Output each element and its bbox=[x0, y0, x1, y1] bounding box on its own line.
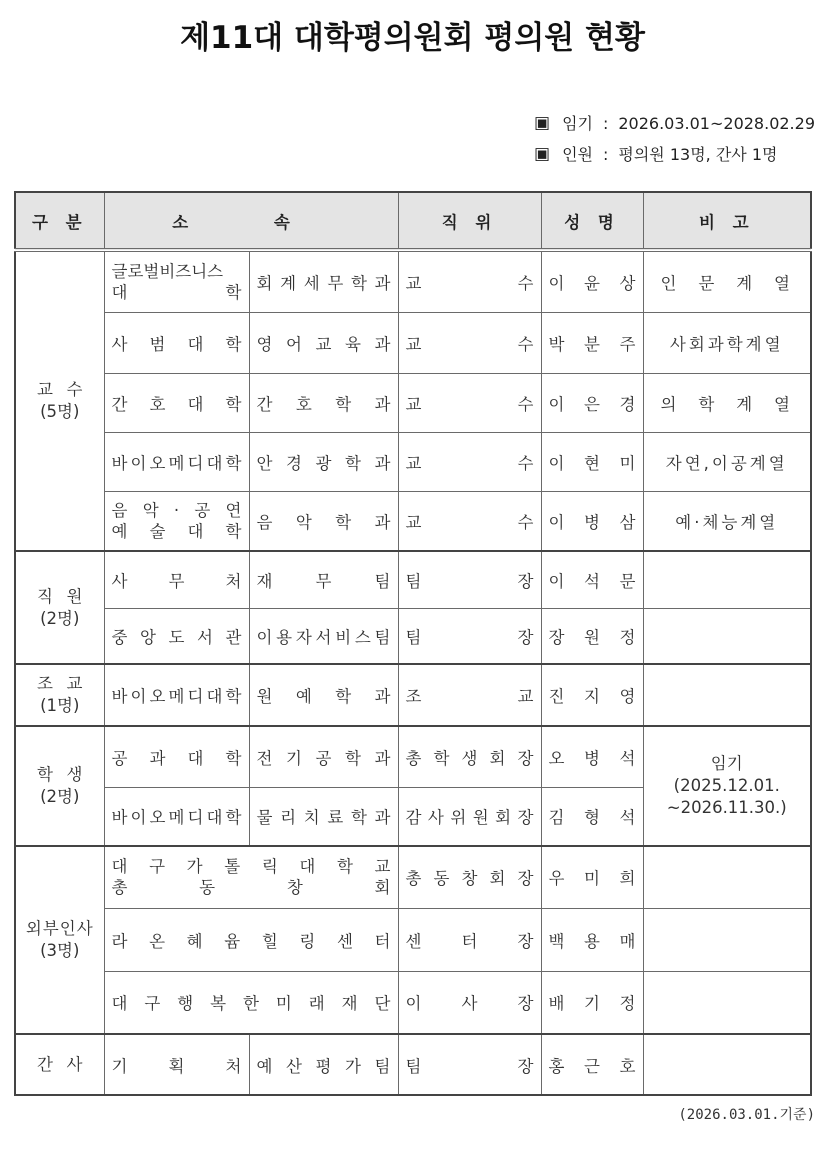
category-cell: 외부인사(3명) bbox=[15, 846, 104, 1034]
category-count: (3명) bbox=[23, 940, 97, 962]
college-line2: 예술대학 bbox=[112, 521, 242, 542]
member-name: 홍근호 bbox=[549, 1053, 636, 1077]
college-name: 사범대학 bbox=[112, 331, 242, 355]
meta-info: ▣ 임기 : 2026.03.01~2028.02.29 ▣ 인원 : 평의원 … bbox=[534, 108, 815, 170]
position-title: 교수 bbox=[406, 270, 534, 294]
position-cell: 교수 bbox=[398, 491, 541, 551]
square-bullet-icon: ▣ bbox=[534, 108, 550, 139]
college-name: 바이오메디대학 bbox=[112, 683, 242, 707]
college-line1: 글로벌비즈니스 bbox=[112, 261, 242, 282]
meta-term: ▣ 임기 : 2026.03.01~2028.02.29 bbox=[534, 108, 815, 139]
name-cell: 장원정 bbox=[541, 608, 643, 664]
college-name: 간호대학 bbox=[112, 391, 242, 415]
category-cell: 조교(1명) bbox=[15, 664, 104, 726]
position-title: 조교 bbox=[406, 683, 534, 707]
department-name: 간호학과 bbox=[257, 391, 391, 415]
department-name: 회계세무학과 bbox=[257, 270, 391, 294]
organization-cell: 라온혜윰힐링센터 bbox=[104, 908, 398, 971]
meta-term-label: 임기 bbox=[562, 108, 593, 139]
college-line2: 대학 bbox=[112, 282, 242, 303]
meta-members: ▣ 인원 : 평의원 13명, 간사 1명 bbox=[534, 139, 815, 170]
college-cell: 간호대학 bbox=[104, 373, 249, 432]
position-title: 교수 bbox=[406, 391, 534, 415]
note-cell: 의학계열 bbox=[643, 373, 811, 432]
note-text: 인문계열 bbox=[651, 270, 804, 294]
organization-cell: 대구행복한미래재단 bbox=[104, 971, 398, 1034]
position-title: 팀장 bbox=[406, 1053, 534, 1077]
member-name: 진지영 bbox=[549, 683, 636, 707]
position-cell: 팀장 bbox=[398, 1034, 541, 1095]
note-cell bbox=[643, 1034, 811, 1095]
department-cell: 전기공학과 bbox=[249, 726, 398, 787]
table-row: 간사기획처예산평가팀팀장홍근호 bbox=[15, 1034, 811, 1095]
term-note-cell: 임기(2025.12.01.~2026.11.30.) bbox=[643, 726, 811, 846]
position-cell: 교수 bbox=[398, 373, 541, 432]
category-label: 학생 bbox=[23, 764, 97, 786]
position-cell: 교수 bbox=[398, 312, 541, 373]
department-cell: 음악학과 bbox=[249, 491, 398, 551]
reference-date: (2026.03.01.기준) bbox=[678, 1104, 815, 1124]
position-cell: 총학생회장 bbox=[398, 726, 541, 787]
note-cell bbox=[643, 908, 811, 971]
category-label: 외부인사 bbox=[23, 918, 97, 940]
position-cell: 팀장 bbox=[398, 608, 541, 664]
category-cell: 교수(5명) bbox=[15, 250, 104, 551]
position-title: 총학생회장 bbox=[406, 745, 534, 769]
member-name: 장원정 bbox=[549, 624, 636, 648]
term-note-end: ~2026.11.30.) bbox=[651, 797, 804, 819]
college-name: 공과대학 bbox=[112, 745, 242, 769]
note-cell: 자연,이공계열 bbox=[643, 432, 811, 491]
position-cell: 교수 bbox=[398, 250, 541, 312]
name-cell: 이현미 bbox=[541, 432, 643, 491]
position-cell: 교수 bbox=[398, 432, 541, 491]
college-name: 바이오메디대학 bbox=[112, 450, 242, 474]
position-cell: 총동창회장 bbox=[398, 846, 541, 908]
header-affiliation: 소 속 bbox=[104, 192, 398, 250]
position-cell: 이사장 bbox=[398, 971, 541, 1034]
college-cell: 공과대학 bbox=[104, 726, 249, 787]
college-cell: 글로벌비즈니스대학 bbox=[104, 250, 249, 312]
college-wrap: 글로벌비즈니스대학 bbox=[112, 261, 242, 303]
note-cell bbox=[643, 846, 811, 908]
position-title: 교수 bbox=[406, 509, 534, 533]
department-cell: 재무팀 bbox=[249, 551, 398, 608]
member-name: 우미희 bbox=[549, 865, 636, 889]
name-cell: 홍근호 bbox=[541, 1034, 643, 1095]
department-name: 안경광학과 bbox=[257, 450, 391, 474]
college-name: 중앙도서관 bbox=[112, 624, 242, 648]
name-cell: 진지영 bbox=[541, 664, 643, 726]
category-cell: 학생(2명) bbox=[15, 726, 104, 846]
note-cell bbox=[643, 664, 811, 726]
term-note-label: 임기 bbox=[651, 753, 804, 775]
college-name: 기획처 bbox=[112, 1053, 242, 1077]
college-cell: 바이오메디대학 bbox=[104, 664, 249, 726]
member-name: 이석문 bbox=[549, 568, 636, 592]
college-cell: 중앙도서관 bbox=[104, 608, 249, 664]
header-position: 직 위 bbox=[398, 192, 541, 250]
member-name: 이은경 bbox=[549, 391, 636, 415]
college-line1: 음악·공연 bbox=[112, 500, 242, 521]
member-name: 이병삼 bbox=[549, 509, 636, 533]
member-name: 이윤상 bbox=[549, 270, 636, 294]
category-label: 조교 bbox=[23, 673, 97, 695]
note-cell bbox=[643, 608, 811, 664]
note-text: 의학계열 bbox=[651, 391, 804, 415]
member-name: 박분주 bbox=[549, 331, 636, 355]
name-cell: 배기정 bbox=[541, 971, 643, 1034]
table-header-row: 구 분 소 속 직 위 성 명 비 고 bbox=[15, 192, 811, 250]
name-cell: 김형석 bbox=[541, 787, 643, 846]
member-name: 이현미 bbox=[549, 450, 636, 474]
department-name: 전기공학과 bbox=[257, 745, 391, 769]
name-cell: 박분주 bbox=[541, 312, 643, 373]
member-name: 김형석 bbox=[549, 804, 636, 828]
colon: : bbox=[603, 108, 608, 139]
category-count: (5명) bbox=[23, 401, 97, 423]
name-cell: 우미희 bbox=[541, 846, 643, 908]
colon: : bbox=[603, 139, 608, 170]
college-cell: 사무처 bbox=[104, 551, 249, 608]
name-cell: 이윤상 bbox=[541, 250, 643, 312]
square-bullet-icon: ▣ bbox=[534, 139, 550, 170]
name-cell: 이석문 bbox=[541, 551, 643, 608]
college-cell: 음악·공연예술대학 bbox=[104, 491, 249, 551]
note-cell bbox=[643, 971, 811, 1034]
category-count: (2명) bbox=[23, 786, 97, 808]
name-cell: 백용매 bbox=[541, 908, 643, 971]
position-title: 감사위원회장 bbox=[406, 804, 534, 828]
category-cell: 직원(2명) bbox=[15, 551, 104, 664]
table-row: 간호대학간호학과교수이은경의학계열 bbox=[15, 373, 811, 432]
category-label: 간사 bbox=[23, 1054, 97, 1076]
name-cell: 오병석 bbox=[541, 726, 643, 787]
member-name: 배기정 bbox=[549, 990, 636, 1014]
page-title: 제11대 대학평의원회 평의원 현황 bbox=[0, 12, 825, 57]
meta-members-value: 평의원 13명, 간사 1명 bbox=[618, 139, 777, 170]
organization-wrap: 대구가톨릭대학교총동창회 bbox=[112, 856, 391, 898]
category-label: 직원 bbox=[23, 586, 97, 608]
position-title: 총동창회장 bbox=[406, 865, 534, 889]
note-cell bbox=[643, 551, 811, 608]
department-cell: 예산평가팀 bbox=[249, 1034, 398, 1095]
department-name: 재무팀 bbox=[257, 568, 391, 592]
organization-cell: 대구가톨릭대학교총동창회 bbox=[104, 846, 398, 908]
header-note: 비 고 bbox=[643, 192, 811, 250]
header-category: 구 분 bbox=[15, 192, 104, 250]
category-cell: 간사 bbox=[15, 1034, 104, 1095]
organization-name: 대구행복한미래재단 bbox=[112, 990, 391, 1014]
members-table: 구 분 소 속 직 위 성 명 비 고 교수(5명)글로벌비즈니스대학회계세무학… bbox=[14, 191, 812, 1096]
table-row: 사범대학영어교육과교수박분주사회과학계열 bbox=[15, 312, 811, 373]
position-title: 팀장 bbox=[406, 568, 534, 592]
organization-line1: 대구가톨릭대학교 bbox=[112, 856, 391, 877]
table-row: 바이오메디대학안경광학과교수이현미자연,이공계열 bbox=[15, 432, 811, 491]
category-count: (1명) bbox=[23, 695, 97, 717]
note-cell: 사회과학계열 bbox=[643, 312, 811, 373]
organization-line2: 총동창회 bbox=[112, 877, 391, 898]
department-cell: 회계세무학과 bbox=[249, 250, 398, 312]
department-name: 물리치료학과 bbox=[257, 804, 391, 828]
position-title: 센터장 bbox=[406, 928, 534, 952]
position-cell: 센터장 bbox=[398, 908, 541, 971]
position-title: 교수 bbox=[406, 331, 534, 355]
college-cell: 바이오메디대학 bbox=[104, 787, 249, 846]
department-cell: 간호학과 bbox=[249, 373, 398, 432]
meta-term-value: 2026.03.01~2028.02.29 bbox=[618, 108, 815, 139]
table-row: 직원(2명)사무처재무팀팀장이석문 bbox=[15, 551, 811, 608]
college-name: 바이오메디대학 bbox=[112, 804, 242, 828]
note-text: 사회과학계열 bbox=[670, 335, 784, 354]
college-cell: 바이오메디대학 bbox=[104, 432, 249, 491]
table-row: 라온혜윰힐링센터센터장백용매 bbox=[15, 908, 811, 971]
organization-name: 라온혜윰힐링센터 bbox=[112, 928, 391, 952]
position-cell: 팀장 bbox=[398, 551, 541, 608]
table-row: 교수(5명)글로벌비즈니스대학회계세무학과교수이윤상인문계열 bbox=[15, 250, 811, 312]
department-name: 음악학과 bbox=[257, 509, 391, 533]
department-cell: 원예학과 bbox=[249, 664, 398, 726]
note-text: 예·체능계열 bbox=[675, 513, 778, 532]
position-cell: 감사위원회장 bbox=[398, 787, 541, 846]
college-name: 사무처 bbox=[112, 568, 242, 592]
college-cell: 사범대학 bbox=[104, 312, 249, 373]
college-wrap: 음악·공연예술대학 bbox=[112, 500, 242, 542]
college-cell: 기획처 bbox=[104, 1034, 249, 1095]
meta-members-label: 인원 bbox=[562, 139, 593, 170]
table-row: 대구행복한미래재단이사장배기정 bbox=[15, 971, 811, 1034]
table-row: 외부인사(3명)대구가톨릭대학교총동창회총동창회장우미희 bbox=[15, 846, 811, 908]
department-cell: 이용자서비스팀 bbox=[249, 608, 398, 664]
department-name: 영어교육과 bbox=[257, 331, 391, 355]
department-cell: 물리치료학과 bbox=[249, 787, 398, 846]
category-count: (2명) bbox=[23, 608, 97, 630]
position-title: 교수 bbox=[406, 450, 534, 474]
department-name: 이용자서비스팀 bbox=[257, 624, 391, 648]
position-title: 이사장 bbox=[406, 990, 534, 1014]
note-text: 자연,이공계열 bbox=[666, 454, 788, 473]
member-name: 오병석 bbox=[549, 745, 636, 769]
name-cell: 이병삼 bbox=[541, 491, 643, 551]
name-cell: 이은경 bbox=[541, 373, 643, 432]
header-name: 성 명 bbox=[541, 192, 643, 250]
term-note-start: (2025.12.01. bbox=[651, 775, 804, 797]
table-row: 음악·공연예술대학음악학과교수이병삼예·체능계열 bbox=[15, 491, 811, 551]
table-row: 조교(1명)바이오메디대학원예학과조교진지영 bbox=[15, 664, 811, 726]
department-name: 예산평가팀 bbox=[257, 1053, 391, 1077]
department-name: 원예학과 bbox=[257, 683, 391, 707]
table-row: 학생(2명)공과대학전기공학과총학생회장오병석임기(2025.12.01.~20… bbox=[15, 726, 811, 787]
category-label: 교수 bbox=[23, 379, 97, 401]
table-row: 중앙도서관이용자서비스팀팀장장원정 bbox=[15, 608, 811, 664]
department-cell: 영어교육과 bbox=[249, 312, 398, 373]
note-cell: 인문계열 bbox=[643, 250, 811, 312]
position-title: 팀장 bbox=[406, 624, 534, 648]
member-name: 백용매 bbox=[549, 928, 636, 952]
department-cell: 안경광학과 bbox=[249, 432, 398, 491]
note-cell: 예·체능계열 bbox=[643, 491, 811, 551]
position-cell: 조교 bbox=[398, 664, 541, 726]
